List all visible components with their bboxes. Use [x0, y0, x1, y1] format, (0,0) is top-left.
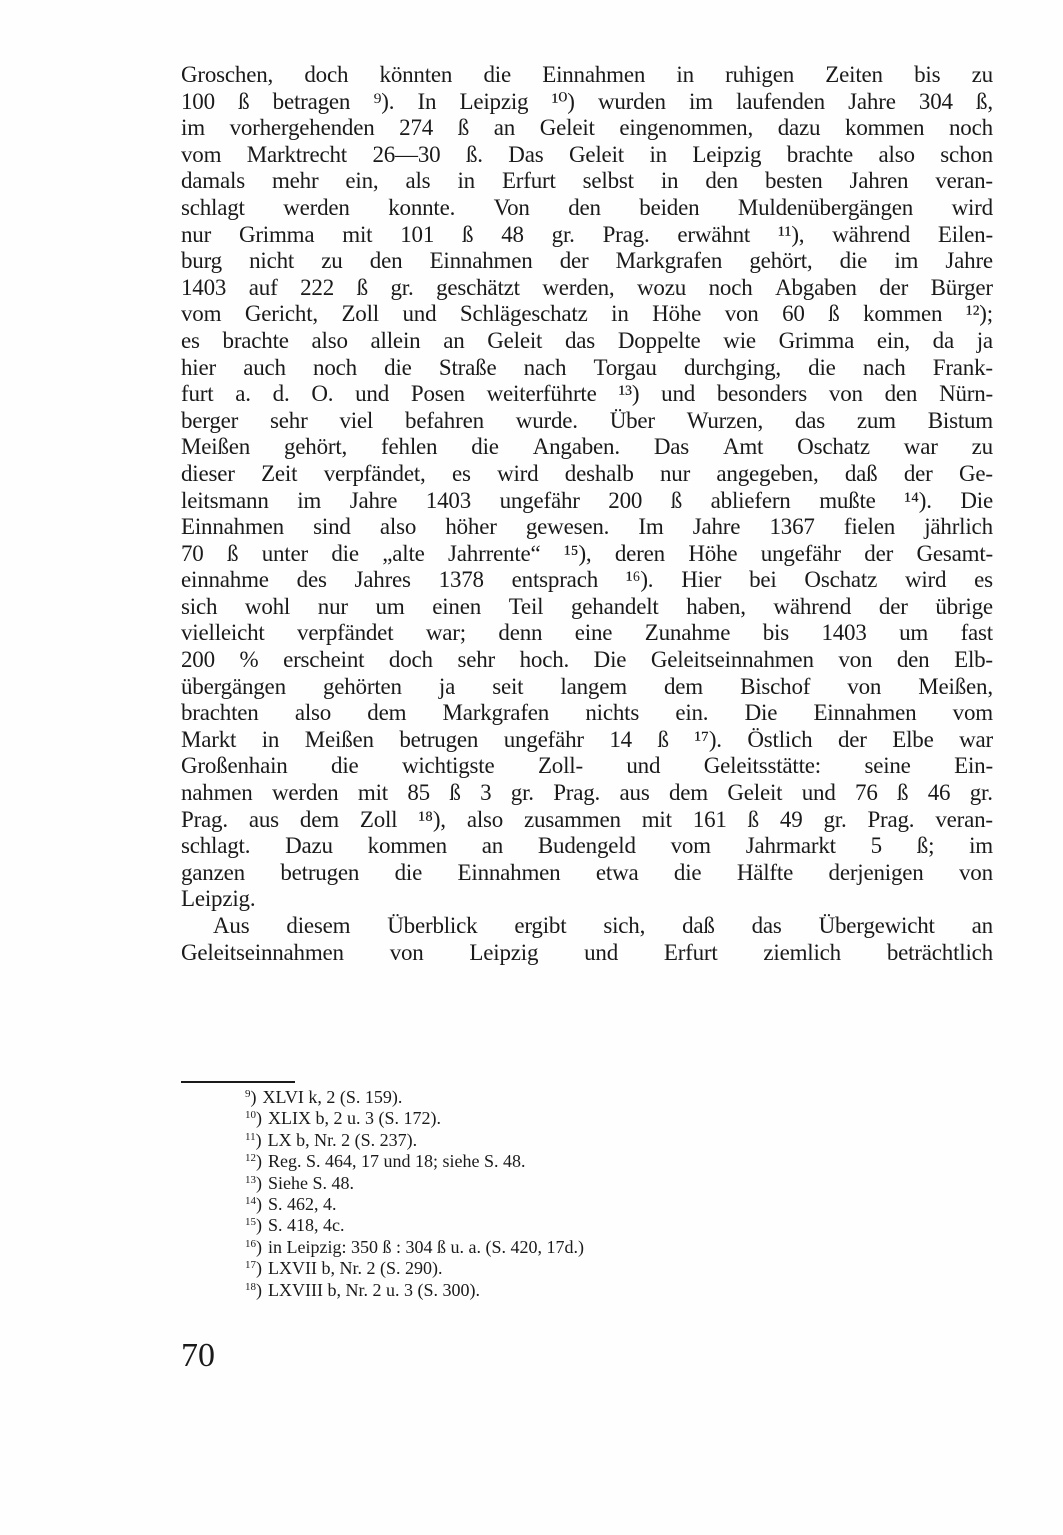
- footnote-text: S. 462, 4.: [268, 1194, 337, 1214]
- text-line: damalsmehrein,alsinErfurtselbstindenbest…: [181, 168, 993, 195]
- text-line: hierauchnochdieStraßenachTorgaudurchging…: [181, 355, 993, 382]
- footnote-rule: [181, 1081, 295, 1083]
- footnote-number: 16: [245, 1238, 256, 1250]
- footnote: 13)Siehe S. 48.: [245, 1173, 805, 1194]
- text-line: sichwohlnurumeinenTeilgehandelthaben,wäh…: [181, 594, 993, 621]
- text-line: schlagtwerdenkonnte.VondenbeidenMuldenüb…: [181, 195, 993, 222]
- text-line: schlagt.DazukommenanBudengeldvomJahrmark…: [181, 833, 993, 860]
- text-line: 200%erscheintdochsehrhoch.DieGeleitseinn…: [181, 647, 993, 674]
- footnote: 16)in Leipzig: 350 ß : 304 ß u. a. (S. 4…: [245, 1237, 805, 1258]
- footnote: 17)LXVII b, Nr. 2 (S. 290).: [245, 1258, 805, 1279]
- footnote: 14)S. 462, 4.: [245, 1194, 805, 1215]
- text-line: ganzenbetrugendieEinnahmenetwadieHälfted…: [181, 860, 993, 887]
- body-text: Groschen,dochkönntendieEinnahmeninruhige…: [181, 62, 993, 966]
- text-line: 70ßunterdie„alteJahrrente“¹⁵),derenHöheu…: [181, 541, 993, 568]
- footnote-number: 15: [245, 1216, 256, 1228]
- footnote-number: 9: [245, 1088, 251, 1100]
- footnote: 18)LXVIII b, Nr. 2 u. 3 (S. 300).: [245, 1280, 805, 1301]
- text-line: leitsmannimJahre1403ungefähr200ßabliefer…: [181, 488, 993, 515]
- footnote: 15)S. 418, 4c.: [245, 1215, 805, 1236]
- text-line: vomGericht,ZollundSchlägeschatzinHöhevon…: [181, 301, 993, 328]
- text-line: 1403auf222ßgr.geschätztwerden,wozunochAb…: [181, 275, 993, 302]
- text-line-paragraph-end: Leipzig.: [181, 886, 993, 913]
- text-line: furta.d.O.undPosenweiterführte¹³)undbeso…: [181, 381, 993, 408]
- text-line: vomMarktrecht26—30ß.DasGeleitinLeipzigbr…: [181, 142, 993, 169]
- text-line: bergersehrvielbefahrenwurde.ÜberWurzen,d…: [181, 408, 993, 435]
- footnote-number: 18: [245, 1281, 256, 1293]
- footnote-text: LXVIII b, Nr. 2 u. 3 (S. 300).: [268, 1280, 480, 1300]
- text-line: burgnichtzudenEinnahmenderMarkgrafengehö…: [181, 248, 993, 275]
- text-line: esbrachtealsoalleinanGeleitdasDoppeltewi…: [181, 328, 993, 355]
- page-number: 70: [181, 1336, 215, 1376]
- text-line: Einnahmensindalsohöhergewesen.ImJahre136…: [181, 514, 993, 541]
- footnote-text: Siehe S. 48.: [268, 1173, 354, 1193]
- footnote-number: 13: [245, 1174, 256, 1186]
- text-line: imvorhergehenden274ßanGeleiteingenommen,…: [181, 115, 993, 142]
- text-line: Groschen,dochkönntendieEinnahmeninruhige…: [181, 62, 993, 89]
- footnote-text: Reg. S. 464, 17 und 18; siehe S. 48.: [268, 1151, 526, 1171]
- text-line: nahmenwerdenmit85ß3gr.Prag.ausdemGeleitu…: [181, 780, 993, 807]
- text-line: dieserZeitverpfändet,eswirddeshalbnurang…: [181, 461, 993, 488]
- text-line: vielleichtverpfändetwar;denneineZunahmeb…: [181, 620, 993, 647]
- footnote: 9)XLVI k, 2 (S. 159).: [245, 1087, 805, 1108]
- text-line: nurGrimmamit101ß48gr.Prag.erwähnt¹¹),wäh…: [181, 222, 993, 249]
- text-line: übergängengehörtenjaseitlangemdemBischof…: [181, 674, 993, 701]
- footnote-text: LXVII b, Nr. 2 (S. 290).: [268, 1258, 442, 1278]
- footnote: 10)XLIX b, 2 u. 3 (S. 172).: [245, 1108, 805, 1129]
- footnote-number: 12: [245, 1152, 256, 1164]
- footnote-number: 14: [245, 1195, 256, 1207]
- text-line: GeleitseinnahmenvonLeipzigundErfurtzieml…: [181, 940, 993, 967]
- text-line: einnahmedesJahres1378entsprach¹⁶).Hierbe…: [181, 567, 993, 594]
- footnote-text: LX b, Nr. 2 (S. 237).: [268, 1130, 418, 1150]
- text-line: MarktinMeißenbetrugenungefähr14ß¹⁷).Östl…: [181, 727, 993, 754]
- text-line: Prag.ausdemZoll¹⁸),alsozusammenmit161ß49…: [181, 807, 993, 834]
- text-line: brachtenalsodemMarkgrafennichtsein.DieEi…: [181, 700, 993, 727]
- footnote-text: XLIX b, 2 u. 3 (S. 172).: [268, 1108, 441, 1128]
- text-line: 100ßbetragen⁹).InLeipzig¹⁰)wurdenimlaufe…: [181, 89, 993, 116]
- footnote-number: 11: [245, 1131, 256, 1143]
- text-line-paragraph-start: AusdiesemÜberblickergibtsich,daßdasÜberg…: [181, 913, 993, 940]
- text-line: Meißengehört,fehlendieAngaben.DasAmtOsch…: [181, 434, 993, 461]
- text-line: GroßenhaindiewichtigsteZoll-undGeleitsst…: [181, 753, 993, 780]
- footnotes: 9)XLVI k, 2 (S. 159). 10)XLIX b, 2 u. 3 …: [245, 1087, 805, 1301]
- footnote-number: 10: [245, 1109, 256, 1121]
- footnote: 11)LX b, Nr. 2 (S. 237).: [245, 1130, 805, 1151]
- footnote-number: 17: [245, 1259, 256, 1271]
- footnote: 12)Reg. S. 464, 17 und 18; siehe S. 48.: [245, 1151, 805, 1172]
- footnote-text: XLVI k, 2 (S. 159).: [263, 1087, 403, 1107]
- book-page: Groschen,dochkönntendieEinnahmeninruhige…: [0, 0, 1063, 1535]
- footnote-text: in Leipzig: 350 ß : 304 ß u. a. (S. 420,…: [268, 1237, 584, 1257]
- footnote-text: S. 418, 4c.: [268, 1215, 345, 1235]
